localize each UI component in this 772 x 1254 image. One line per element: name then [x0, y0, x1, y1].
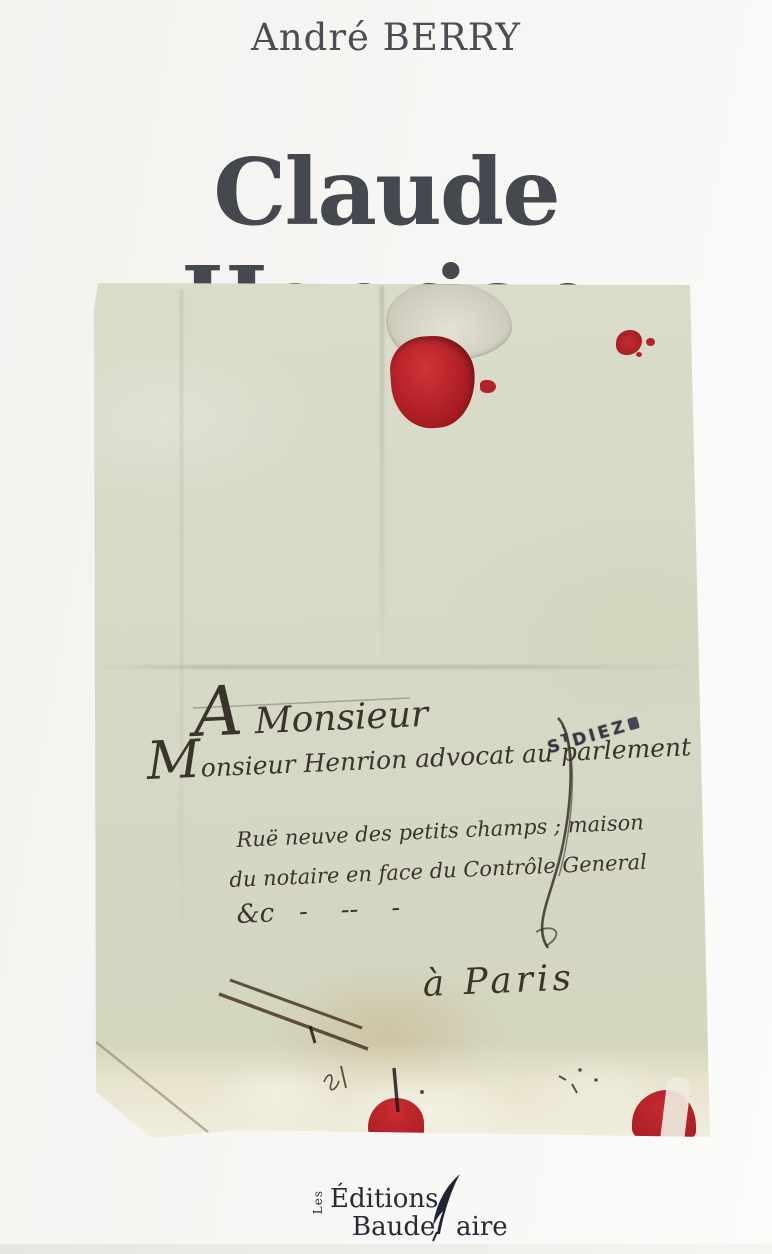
author-name: André BERRY: [0, 16, 772, 59]
publisher-les: Les: [311, 1190, 325, 1214]
red-wax-spot: [636, 352, 642, 357]
letter-photo: A Monsieur Monsieur Henrion advocat au p…: [88, 280, 710, 1138]
handwriting-line-4: du notaire en face du Contrôle General: [229, 851, 647, 891]
feather-icon: [424, 1172, 464, 1242]
publisher-baude: Baude: [352, 1212, 435, 1242]
wax-seal-fragment: [480, 380, 496, 393]
book-cover: André BERRY Claude Henrion: [0, 0, 772, 1254]
handwriting-line-6: à Paris: [422, 959, 576, 1003]
publisher-editions: Éditions: [330, 1184, 438, 1214]
cover-bottom-edge: [0, 1244, 772, 1254]
publisher-aire: aire: [456, 1212, 508, 1242]
stamp-ornament: [627, 716, 640, 730]
red-wax-spot: [646, 338, 655, 346]
handwriting-line-5: &c - -- -: [236, 895, 401, 929]
fold-crease-vertical: [380, 286, 384, 666]
fold-crease-vertical-left: [180, 290, 183, 990]
handwriting-line-3: Ruë neuve des petits champs ; maison: [236, 811, 644, 851]
